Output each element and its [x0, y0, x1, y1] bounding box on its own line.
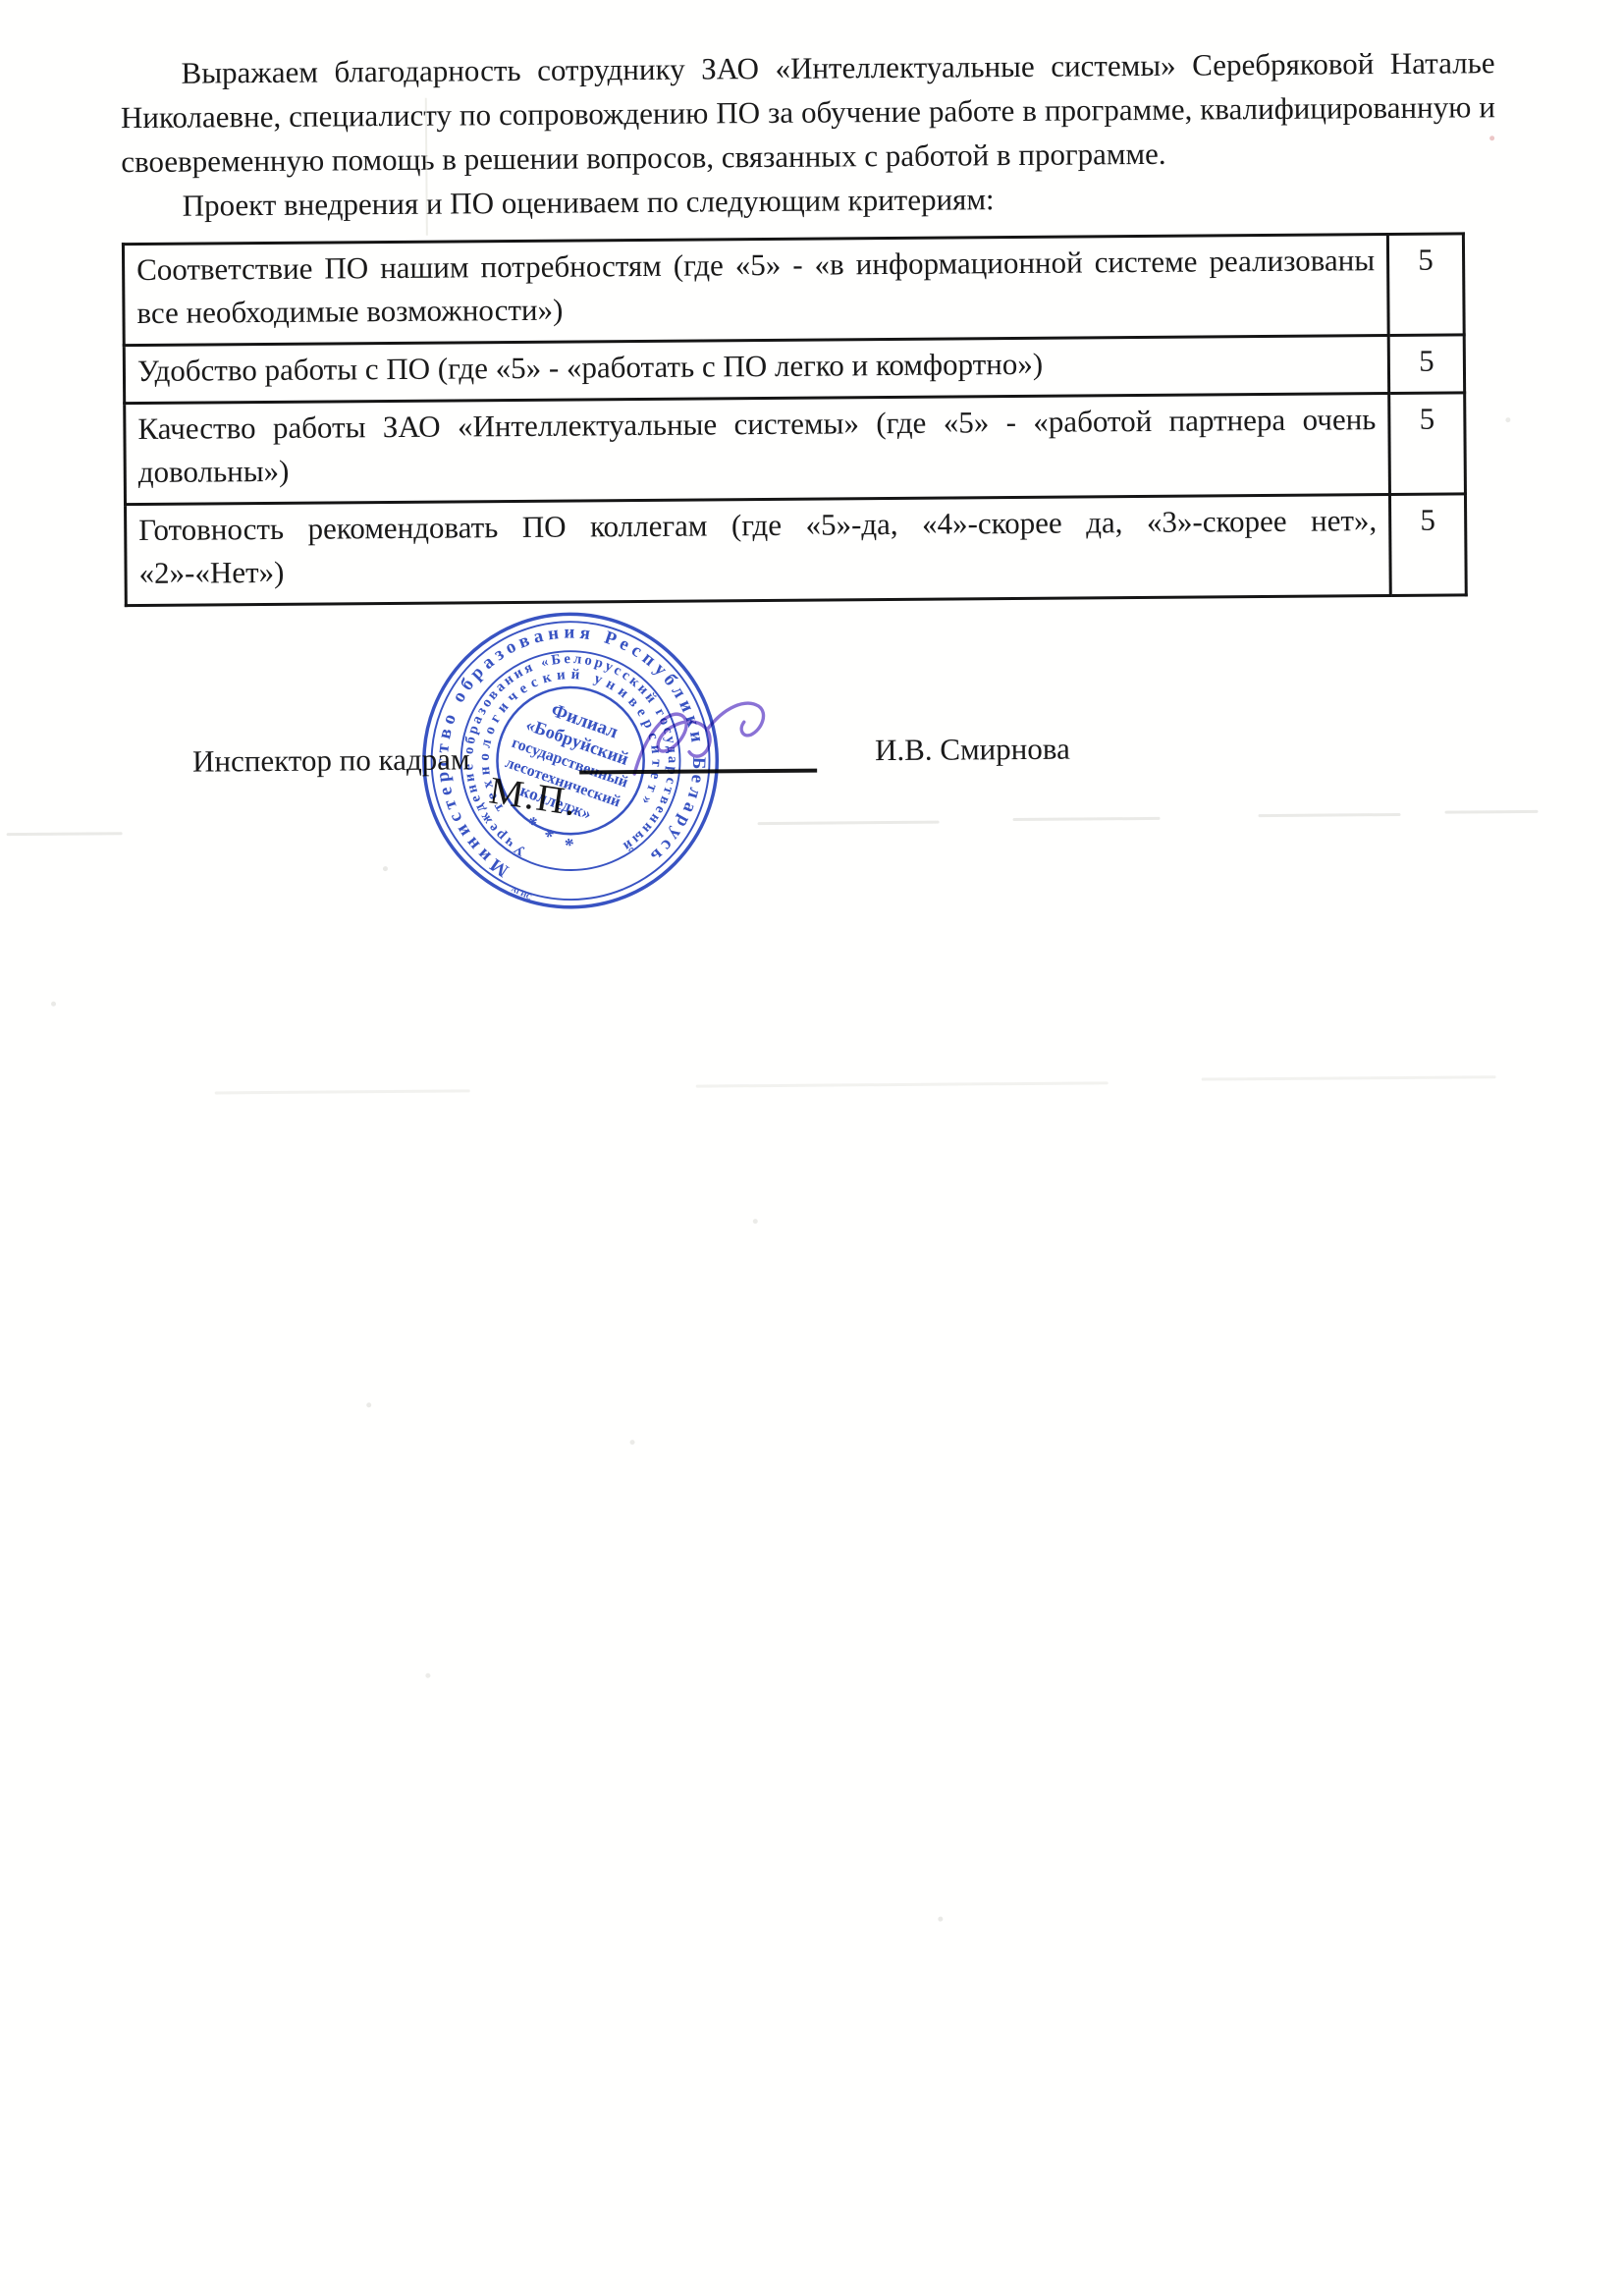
criteria-table: Соответствие ПО нашим потребностям (где …	[122, 232, 1468, 607]
table-row: Качество работы ЗАО «Интеллектуальные си…	[125, 393, 1466, 505]
table-row: Готовность рекомендовать ПО коллегам (гд…	[126, 494, 1467, 606]
scan-artifact	[366, 1402, 371, 1407]
scanned-document-page: Выражаем благодарность сотруднику ЗАО «И…	[0, 0, 1623, 2296]
criterion-cell: Удобство работы с ПО (где «5» - «работат…	[124, 336, 1388, 404]
table-row: Удобство работы с ПО (где «5» - «работат…	[124, 335, 1464, 404]
scan-artifact	[1202, 1075, 1496, 1080]
criterion-cell: Качество работы ЗАО «Интеллектуальные си…	[125, 394, 1390, 505]
scan-artifact	[1013, 817, 1161, 821]
document-scan: Выражаем благодарность сотруднику ЗАО «И…	[0, 0, 1623, 2296]
scan-artifact	[630, 1440, 635, 1445]
scan-artifact	[7, 832, 123, 836]
scan-artifact	[1445, 810, 1539, 814]
gratitude-paragraph: Выражаем благодарность сотруднику ЗАО «И…	[120, 40, 1495, 184]
table-row: Соответствие ПО нашим потребностям (где …	[123, 234, 1464, 346]
scan-artifact	[51, 1002, 56, 1007]
scan-artifact	[696, 1081, 1109, 1087]
scan-artifact	[215, 1089, 470, 1094]
signature-name: И.В. Смирнова	[875, 732, 1070, 769]
criteria-intro-line: Проект внедрения и ПО оцениваем по следу…	[121, 173, 1495, 228]
handwritten-signature	[612, 686, 799, 795]
scan-artifact	[1505, 417, 1510, 422]
scan-artifact	[753, 1219, 758, 1224]
scan-artifact	[425, 1673, 430, 1678]
criterion-cell: Соответствие ПО нашим потребностям (где …	[123, 235, 1388, 346]
scan-artifact	[856, 201, 861, 206]
scan-artifact	[1259, 813, 1401, 817]
score-cell: 5	[1388, 335, 1464, 394]
scan-artifact	[938, 1917, 943, 1922]
scan-artifact	[1489, 136, 1494, 140]
criterion-cell: Готовность рекомендовать ПО коллегам (гд…	[126, 495, 1391, 606]
scan-artifact	[758, 821, 940, 825]
score-cell: 5	[1389, 494, 1466, 596]
score-cell: 5	[1387, 234, 1464, 336]
criteria-table-body: Соответствие ПО нашим потребностям (где …	[123, 234, 1466, 606]
stamp-star-icon: *	[542, 825, 561, 847]
stamp-star-icon: *	[564, 835, 577, 857]
document-body: Выражаем благодарность сотруднику ЗАО «И…	[120, 40, 1498, 607]
scan-artifact	[383, 866, 388, 871]
score-cell: 5	[1389, 393, 1466, 495]
